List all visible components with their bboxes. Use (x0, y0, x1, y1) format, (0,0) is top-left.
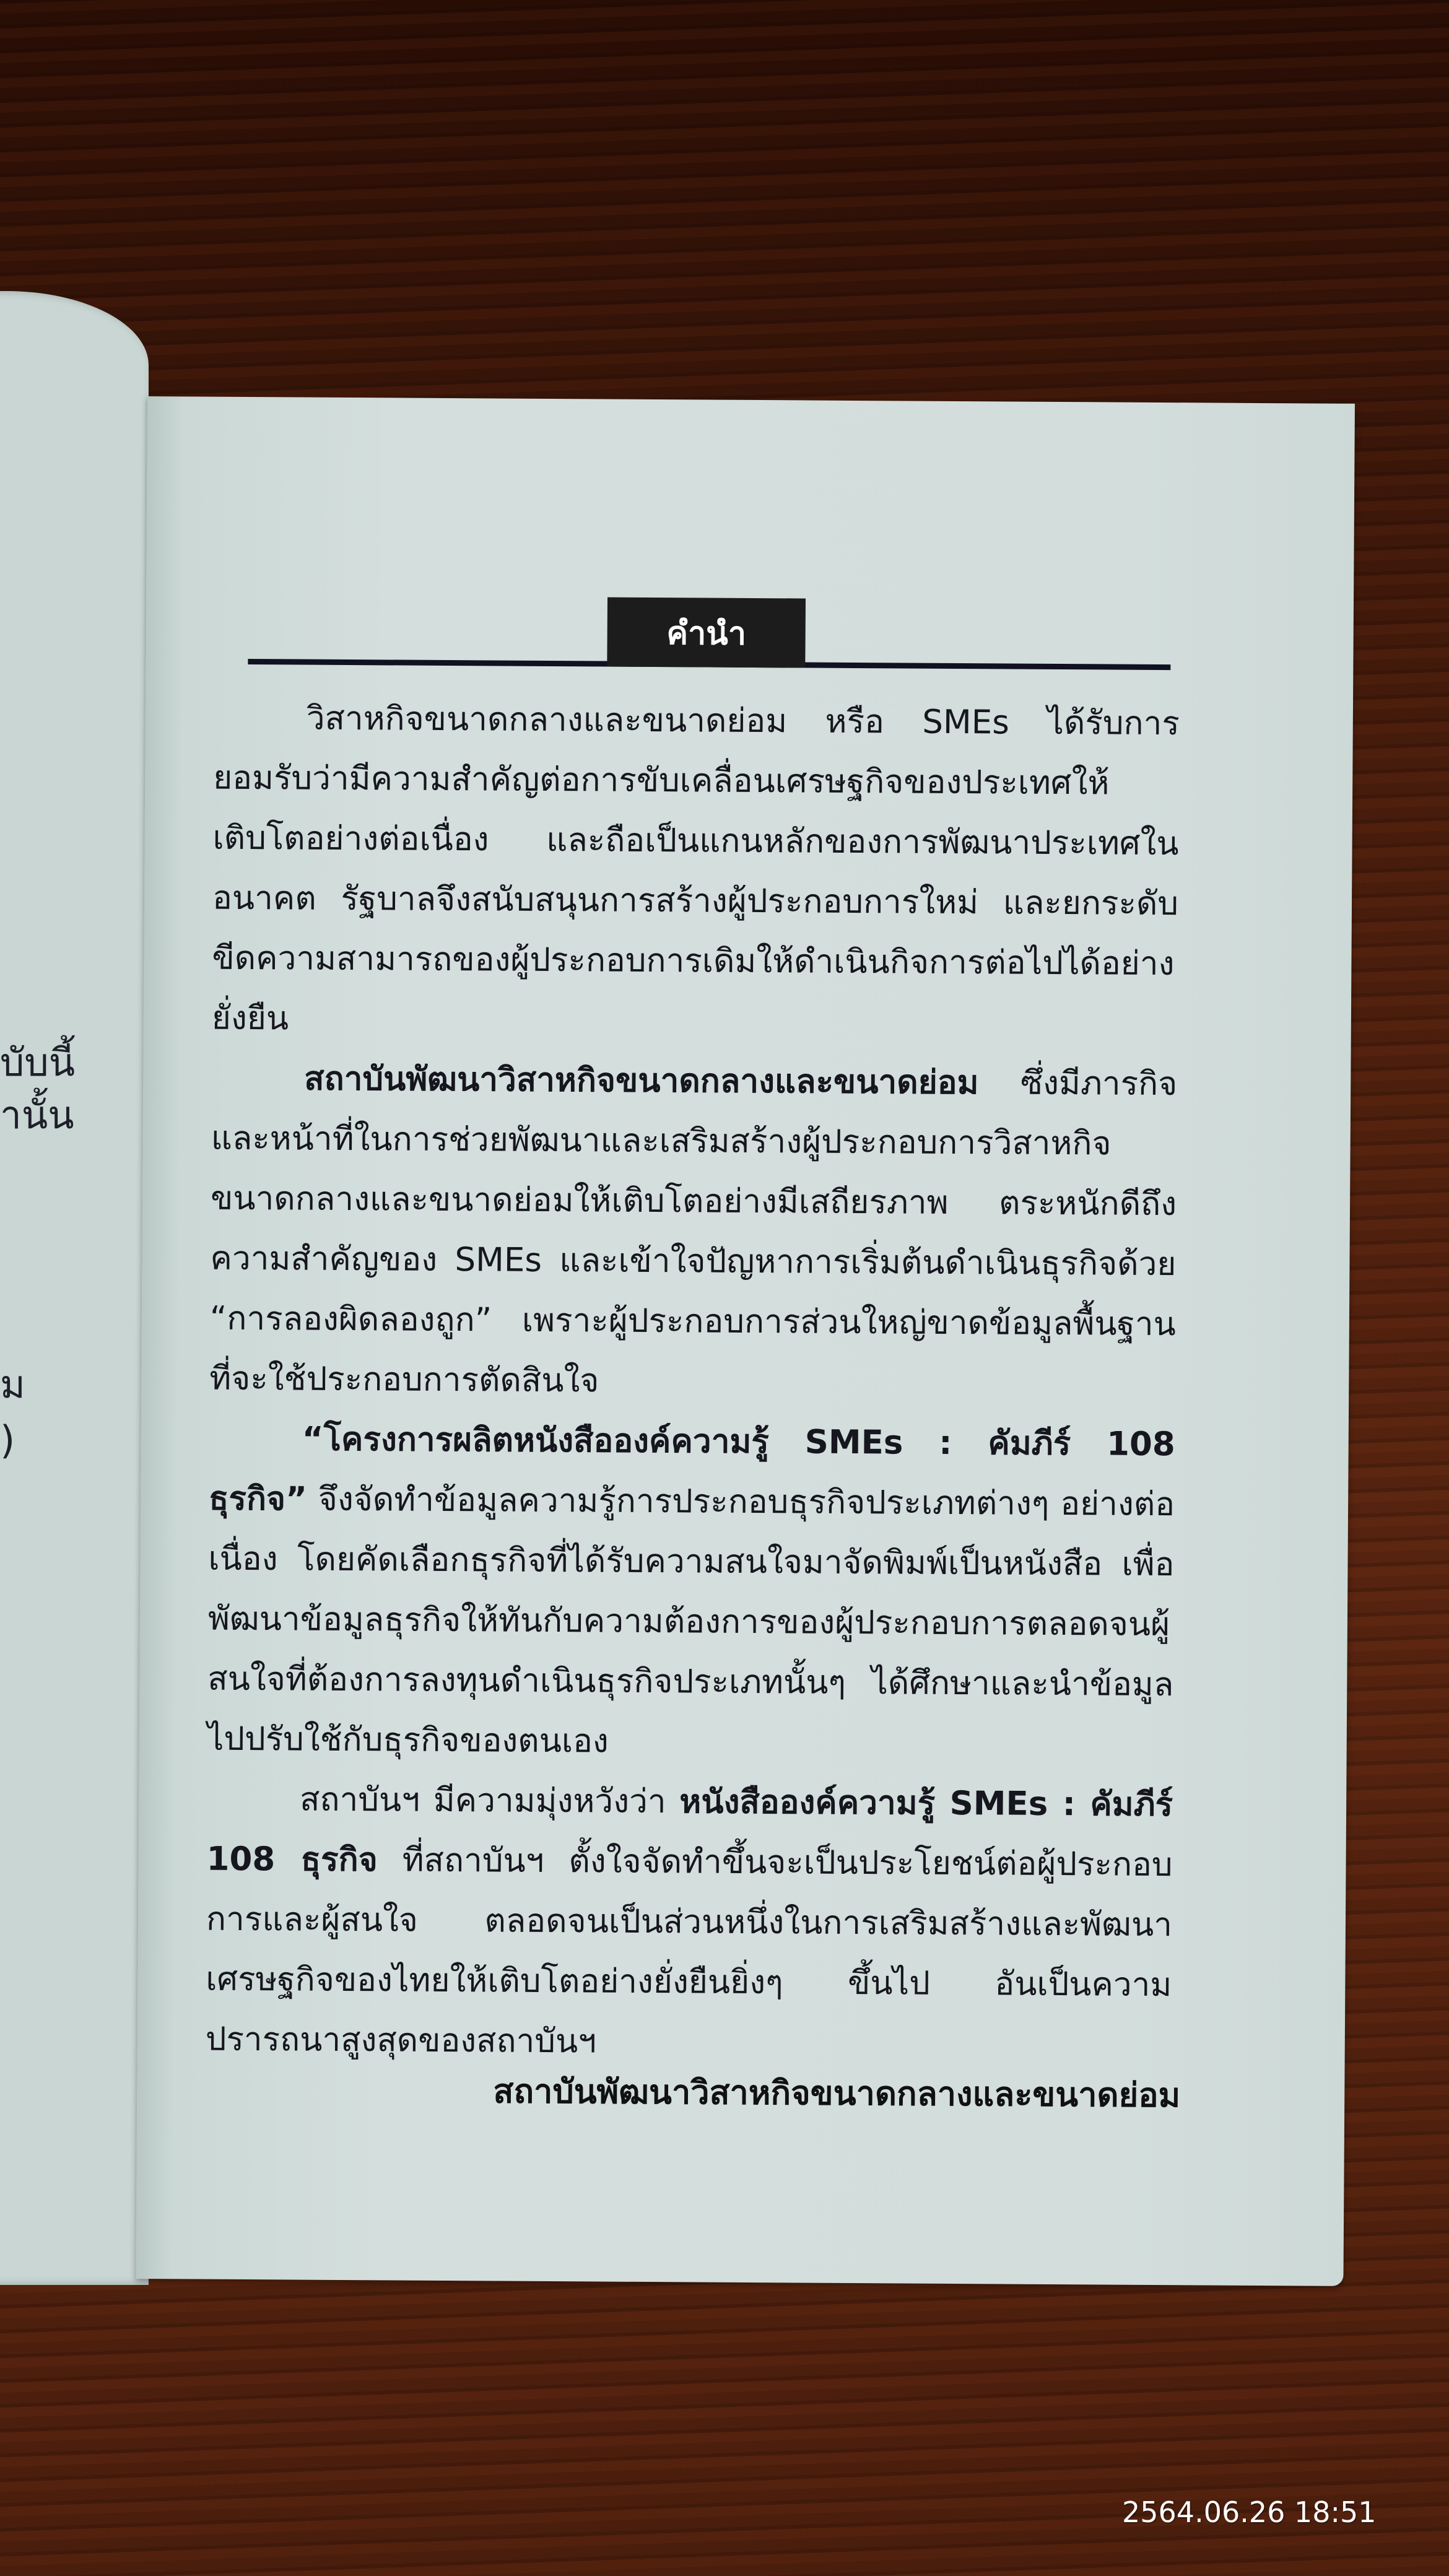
left-page-text-fragment: านั้น (0, 1096, 74, 1134)
foreword-body: วิสาหกิจขนาดกลางและขนาดย่อม หรือ SMEs ได… (205, 688, 1180, 2075)
paragraph-text: ซึ่งมีภารกิจและหน้าที่ในการช่วยพัฒนาและเ… (209, 1064, 1177, 1399)
right-page: คำนำ วิสาหกิจขนาดกลางและขนาดย่อม หรือ SM… (136, 396, 1355, 2286)
paragraph-2: สถาบันพัฒนาวิสาหกิจขนาดกลางและขนาดย่อม ซ… (209, 1048, 1178, 1415)
institute-name-bold: สถาบันพัฒนาวิสาหกิจขนาดกลางและขนาดย่อม (304, 1060, 979, 1102)
left-page-text-fragment: ม (0, 1365, 25, 1404)
paragraph-text: สถาบันฯ มีความมุ่งหวังว่า (300, 1781, 680, 1821)
paragraph-text: วิสาหกิจขนาดกลางและขนาดย่อม หรือ SMEs ได… (212, 700, 1180, 1038)
left-page-text-fragment: ) (0, 1421, 15, 1460)
heading-banner: คำนำ (248, 595, 1171, 670)
left-page-text-fragment: บับนี้ (0, 1043, 75, 1082)
paragraph-4: สถาบันฯ มีความมุ่งหวังว่า หนังสือองค์ควา… (205, 1769, 1173, 2076)
page-title: คำนำ (607, 598, 806, 668)
left-page: บับนี้ านั้น ม ) (0, 291, 149, 2285)
paragraph-3: “โครงการผลิตหนังสือองค์ความรู้ SMEs : คั… (207, 1409, 1175, 1775)
signature: สถาบันพัฒนาวิสาหกิจขนาดกลางและขนาดย่อม (493, 2064, 1180, 2121)
paragraph-text: จึงจัดทำข้อมูลความรู้การประกอบธุรกิจประเ… (207, 1481, 1175, 1760)
paragraph-1: วิสาหกิจขนาดกลางและขนาดย่อม หรือ SMEs ได… (212, 688, 1180, 1055)
photo-timestamp: 2564.06.26 18:51 (1122, 2495, 1377, 2529)
